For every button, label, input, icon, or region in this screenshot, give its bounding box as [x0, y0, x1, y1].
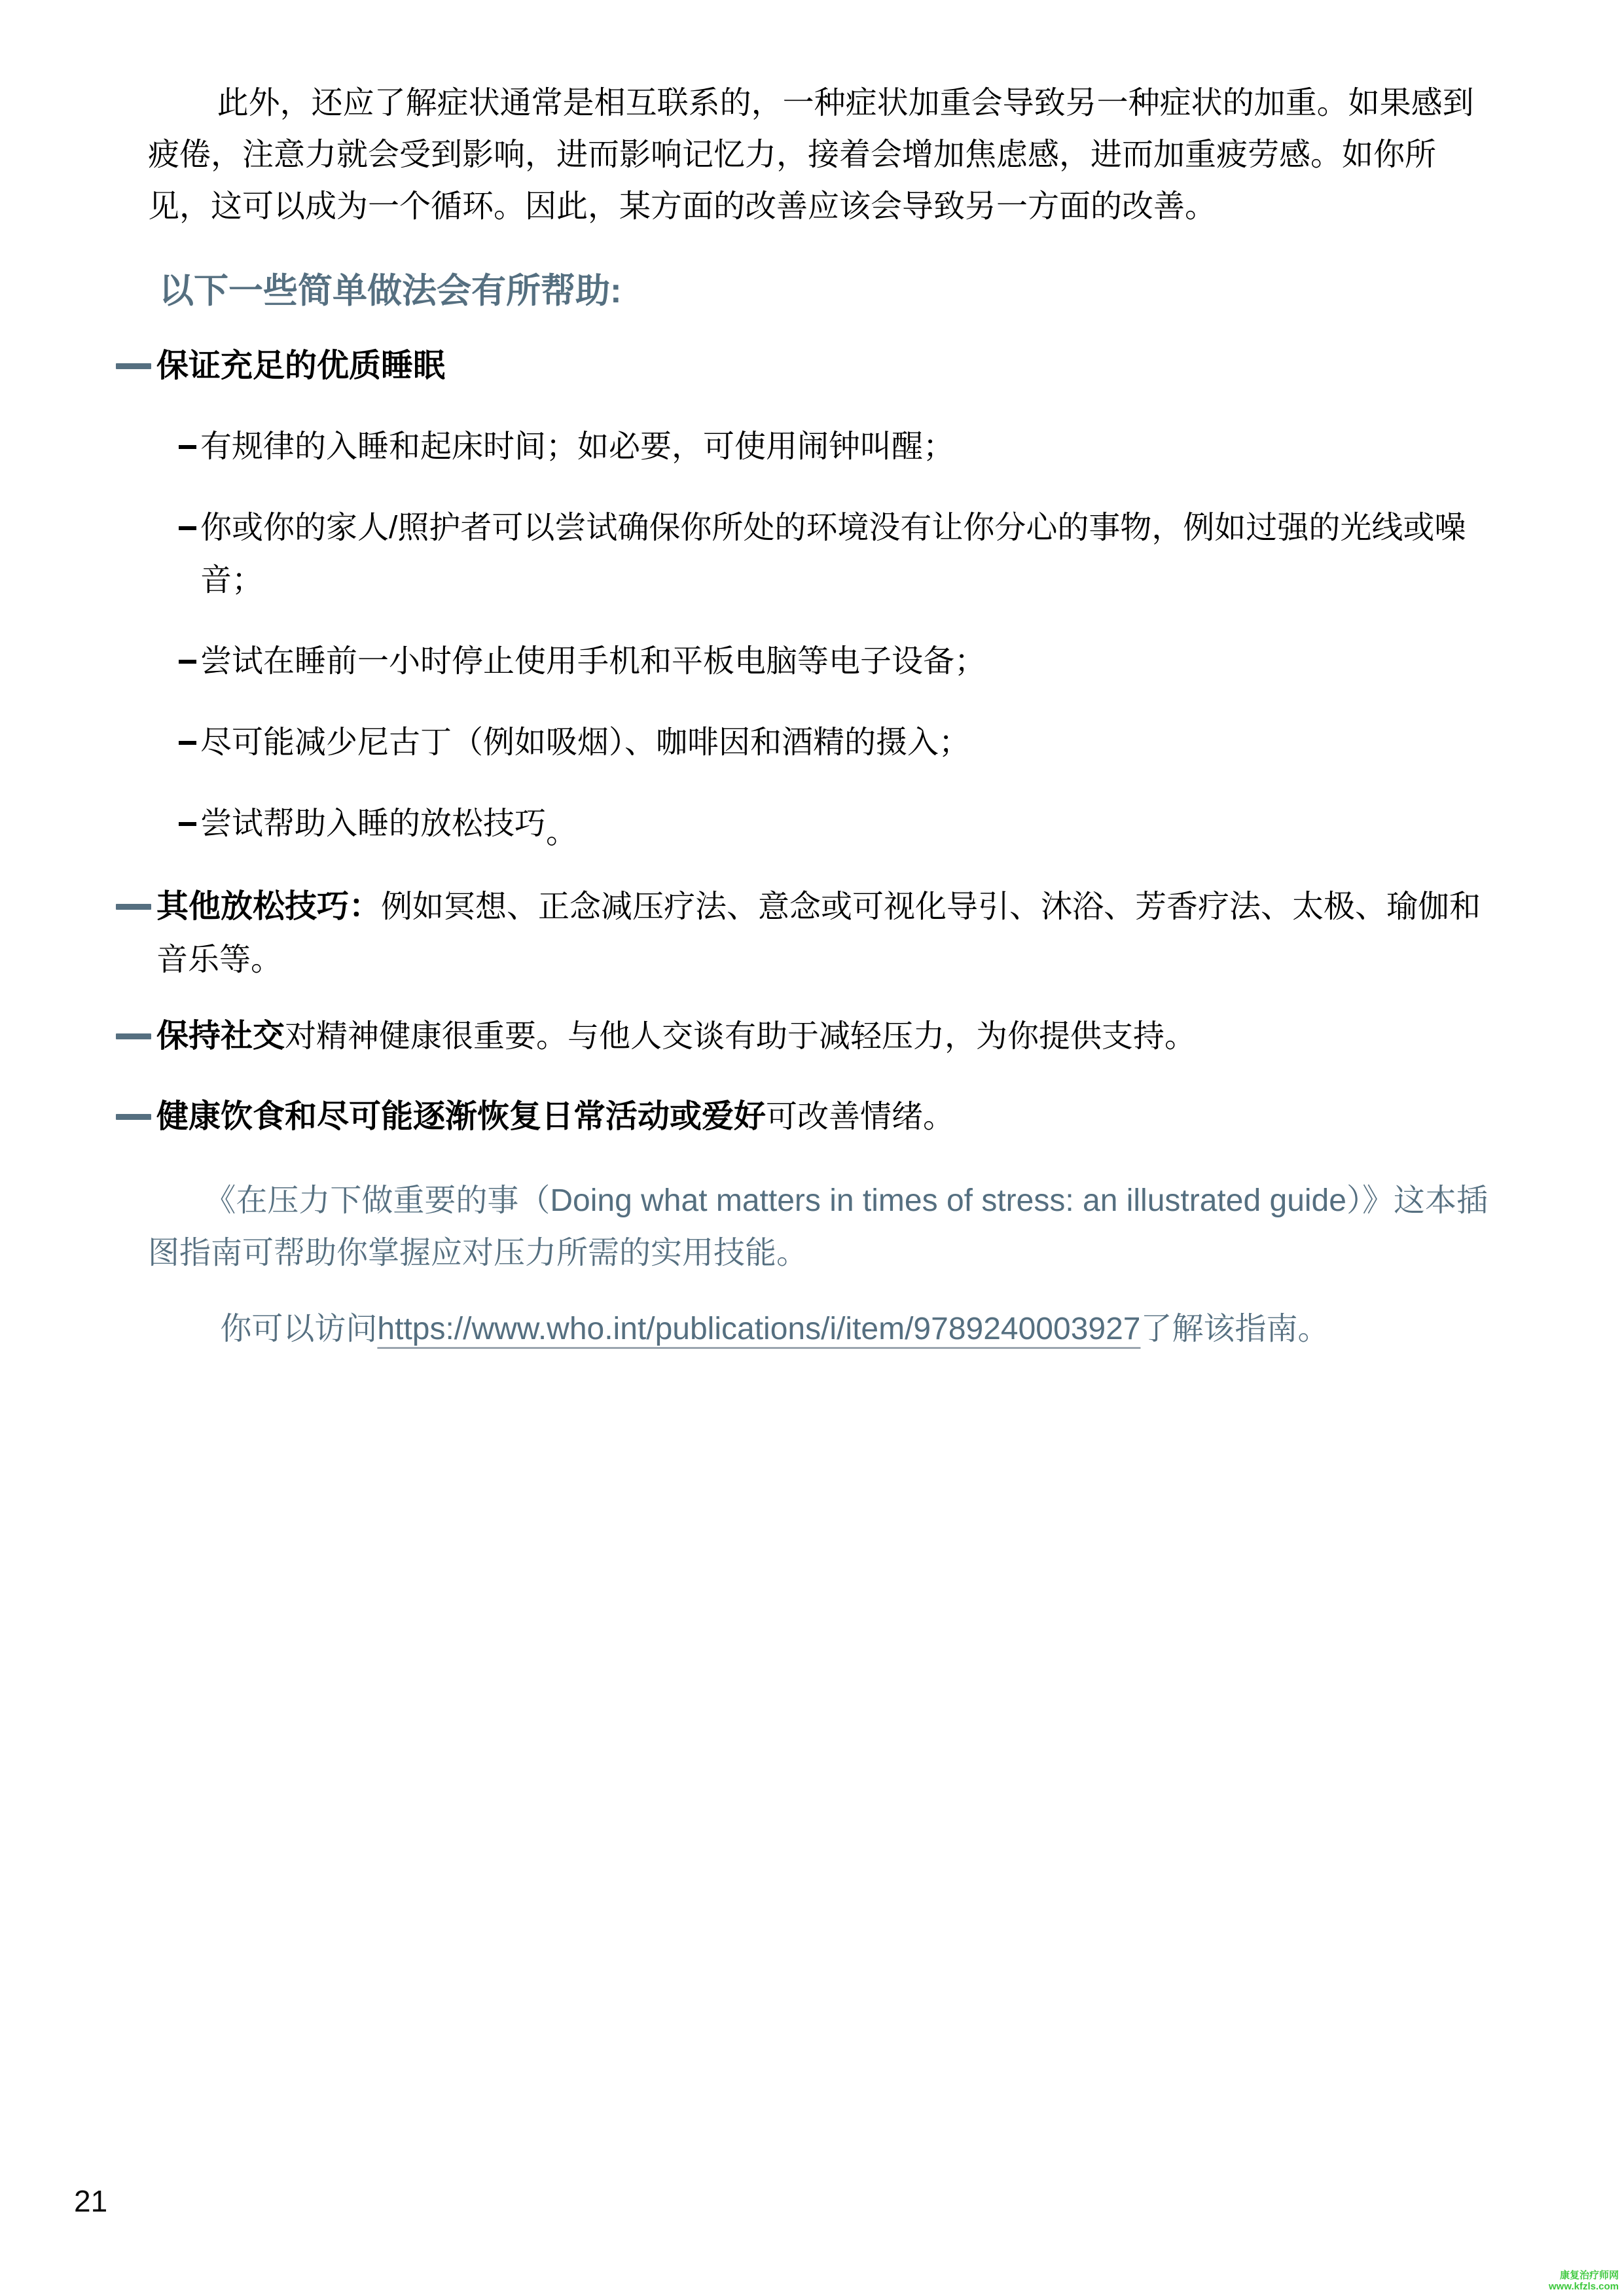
sub-item-text: 有规律的入睡和起床时间；如必要，可使用闹钟叫醒； — [200, 429, 954, 464]
en-dash-bullet-icon — [179, 660, 196, 664]
list-item: 尝试帮助入睡的放松技巧。 — [200, 798, 1493, 850]
list-item: 你或你的家人/照护者可以尝试确保你所处的环境没有让你分心的事物，例如过强的光线或… — [200, 502, 1493, 607]
section-heading: 以下一些简单做法会有所帮助: — [159, 270, 1493, 312]
sub-item-text: 尝试帮助入睡的放松技巧 — [200, 806, 546, 841]
list-item: 尝试在睡前一小时停止使用手机和平板电脑等电子设备； — [200, 636, 1493, 688]
page-number: 21 — [74, 2183, 107, 2219]
tip-diet: 健康饮食和尽可能逐渐恢复日常活动或爱好可改善情绪。 — [156, 1090, 1493, 1143]
who-guide-link[interactable]: https://www.who.int/publications/i/item/… — [377, 1312, 1140, 1346]
tip-social: 保持社交对精神健康很重要。与他人交谈有助于减轻压力，为你提供支持。 — [156, 1010, 1493, 1063]
en-dash-bullet-icon — [179, 741, 196, 745]
sleep-sub-list: 有规律的入睡和起床时间；如必要，可使用闹钟叫醒； 你或你的家人/照护者可以尝试确… — [0, 421, 1624, 850]
list-item: 有规律的入睡和起床时间；如必要，可使用闹钟叫醒； — [200, 421, 1493, 473]
em-dash-bullet-icon — [116, 904, 151, 910]
tip-relaxation: 其他放松技巧：例如冥想、正念减压疗法、意念或可视化导引、沐浴、芳香疗法、太极、瑜… — [156, 880, 1493, 986]
tip-sleep-label: 保证充足的优质睡眠 — [156, 348, 445, 384]
en-dash-bullet-icon — [179, 445, 196, 449]
em-dash-bullet-icon — [116, 1114, 151, 1120]
guide-paragraph: 《在压力下做重要的事（Doing what matters in times o… — [148, 1175, 1493, 1280]
tip-diet-text: 可改善情绪。 — [766, 1100, 954, 1134]
lowered-period: 。 — [546, 806, 577, 859]
tip-social-label: 保持社交 — [156, 1018, 285, 1054]
link-prefix: 你可以访问 — [220, 1312, 377, 1346]
em-dash-bullet-icon — [116, 363, 151, 369]
tip-social-text: 对精神健康很重要。与他人交谈有助于减轻压力，为你提供支持。 — [285, 1019, 1196, 1054]
sub-item-text: 尝试在睡前一小时停止使用手机和平板电脑等电子设备； — [200, 644, 986, 679]
en-dash-bullet-icon — [179, 526, 196, 530]
watermark-site-url: www.kfzls.com — [1549, 2281, 1619, 2292]
sub-item-text: 尽可能减少尼古丁（例如吸烟）、咖啡因和酒精的摄入； — [200, 725, 970, 760]
sub-item-text: 你或你的家人/照护者可以尝试确保你所处的环境没有让你分心的事物，例如过强的光线或… — [200, 511, 1466, 598]
tip-diet-label: 健康饮食和尽可能逐渐恢复日常活动或爱好 — [156, 1099, 766, 1134]
tip-relaxation-label: 其他放松技巧： — [156, 889, 381, 924]
list-item: 尽可能减少尼古丁（例如吸烟）、咖啡因和酒精的摄入； — [200, 717, 1493, 769]
tip-sleep: 保证充足的优质睡眠 — [156, 340, 1493, 392]
em-dash-bullet-icon — [116, 1033, 151, 1039]
watermark: 康复治疗师网 www.kfzls.com — [1549, 2270, 1619, 2292]
en-dash-bullet-icon — [179, 822, 196, 826]
link-suffix: 了解该指南。 — [1140, 1312, 1329, 1346]
watermark-site-name: 康复治疗师网 — [1549, 2270, 1619, 2281]
intro-paragraph: 此外，还应了解症状通常是相互联系的，一种症状加重会导致另一种症状的加重。如果感到… — [0, 0, 1624, 232]
document-page: 此外，还应了解症状通常是相互联系的，一种症状加重会导致另一种症状的加重。如果感到… — [0, 0, 1624, 2296]
link-paragraph: 你可以访问https://www.who.int/publications/i/… — [148, 1303, 1493, 1355]
